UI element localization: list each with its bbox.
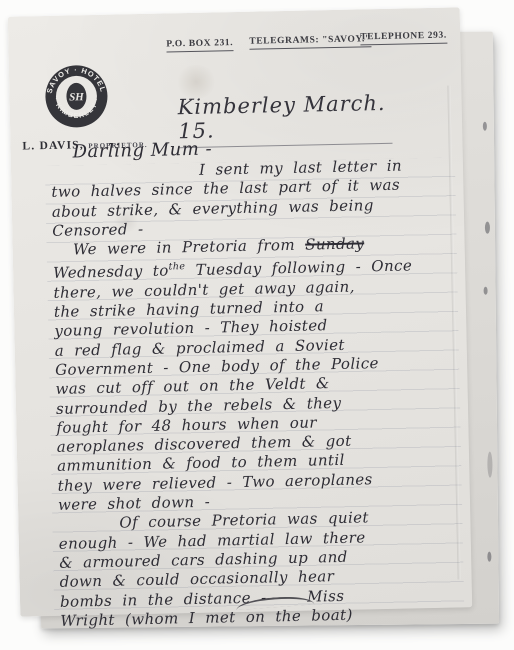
ink-bleed-mark xyxy=(483,122,487,131)
letter-text-part3: Tuesday following - Once there, we could… xyxy=(53,257,412,630)
letterhead-telephone: Telephone 293. xyxy=(360,31,447,46)
letter-salutation: Darling Mum - xyxy=(72,139,212,163)
date-text: Kimberley March. 15. xyxy=(177,91,385,143)
superscript-the: the xyxy=(168,262,185,273)
ink-bleed-mark xyxy=(487,452,492,478)
letterhead-telegrams: Telegrams: "SAVOY." xyxy=(249,34,371,50)
letterhead-po-box: P.O. Box 231. xyxy=(166,38,233,52)
badge-svg: · SAVOY · HOTEL · · KIMBERLEY · SH xyxy=(43,63,110,130)
ink-bleed-mark xyxy=(484,287,488,295)
letter-page: P.O. Box 231. Telegrams: "SAVOY." Teleph… xyxy=(8,7,472,616)
scanned-letter-scene: P.O. Box 231. Telegrams: "SAVOY." Teleph… xyxy=(0,0,514,650)
logo-monogram: SH xyxy=(69,91,84,103)
letter-body: I sent my last letter in two halves sinc… xyxy=(51,155,467,631)
ink-bleed-mark xyxy=(485,222,490,234)
struck-word: Sunday xyxy=(305,235,364,254)
savoy-hotel-badge-icon: · SAVOY · HOTEL · · KIMBERLEY · SH xyxy=(43,63,110,130)
ink-bleed-mark xyxy=(487,552,491,562)
